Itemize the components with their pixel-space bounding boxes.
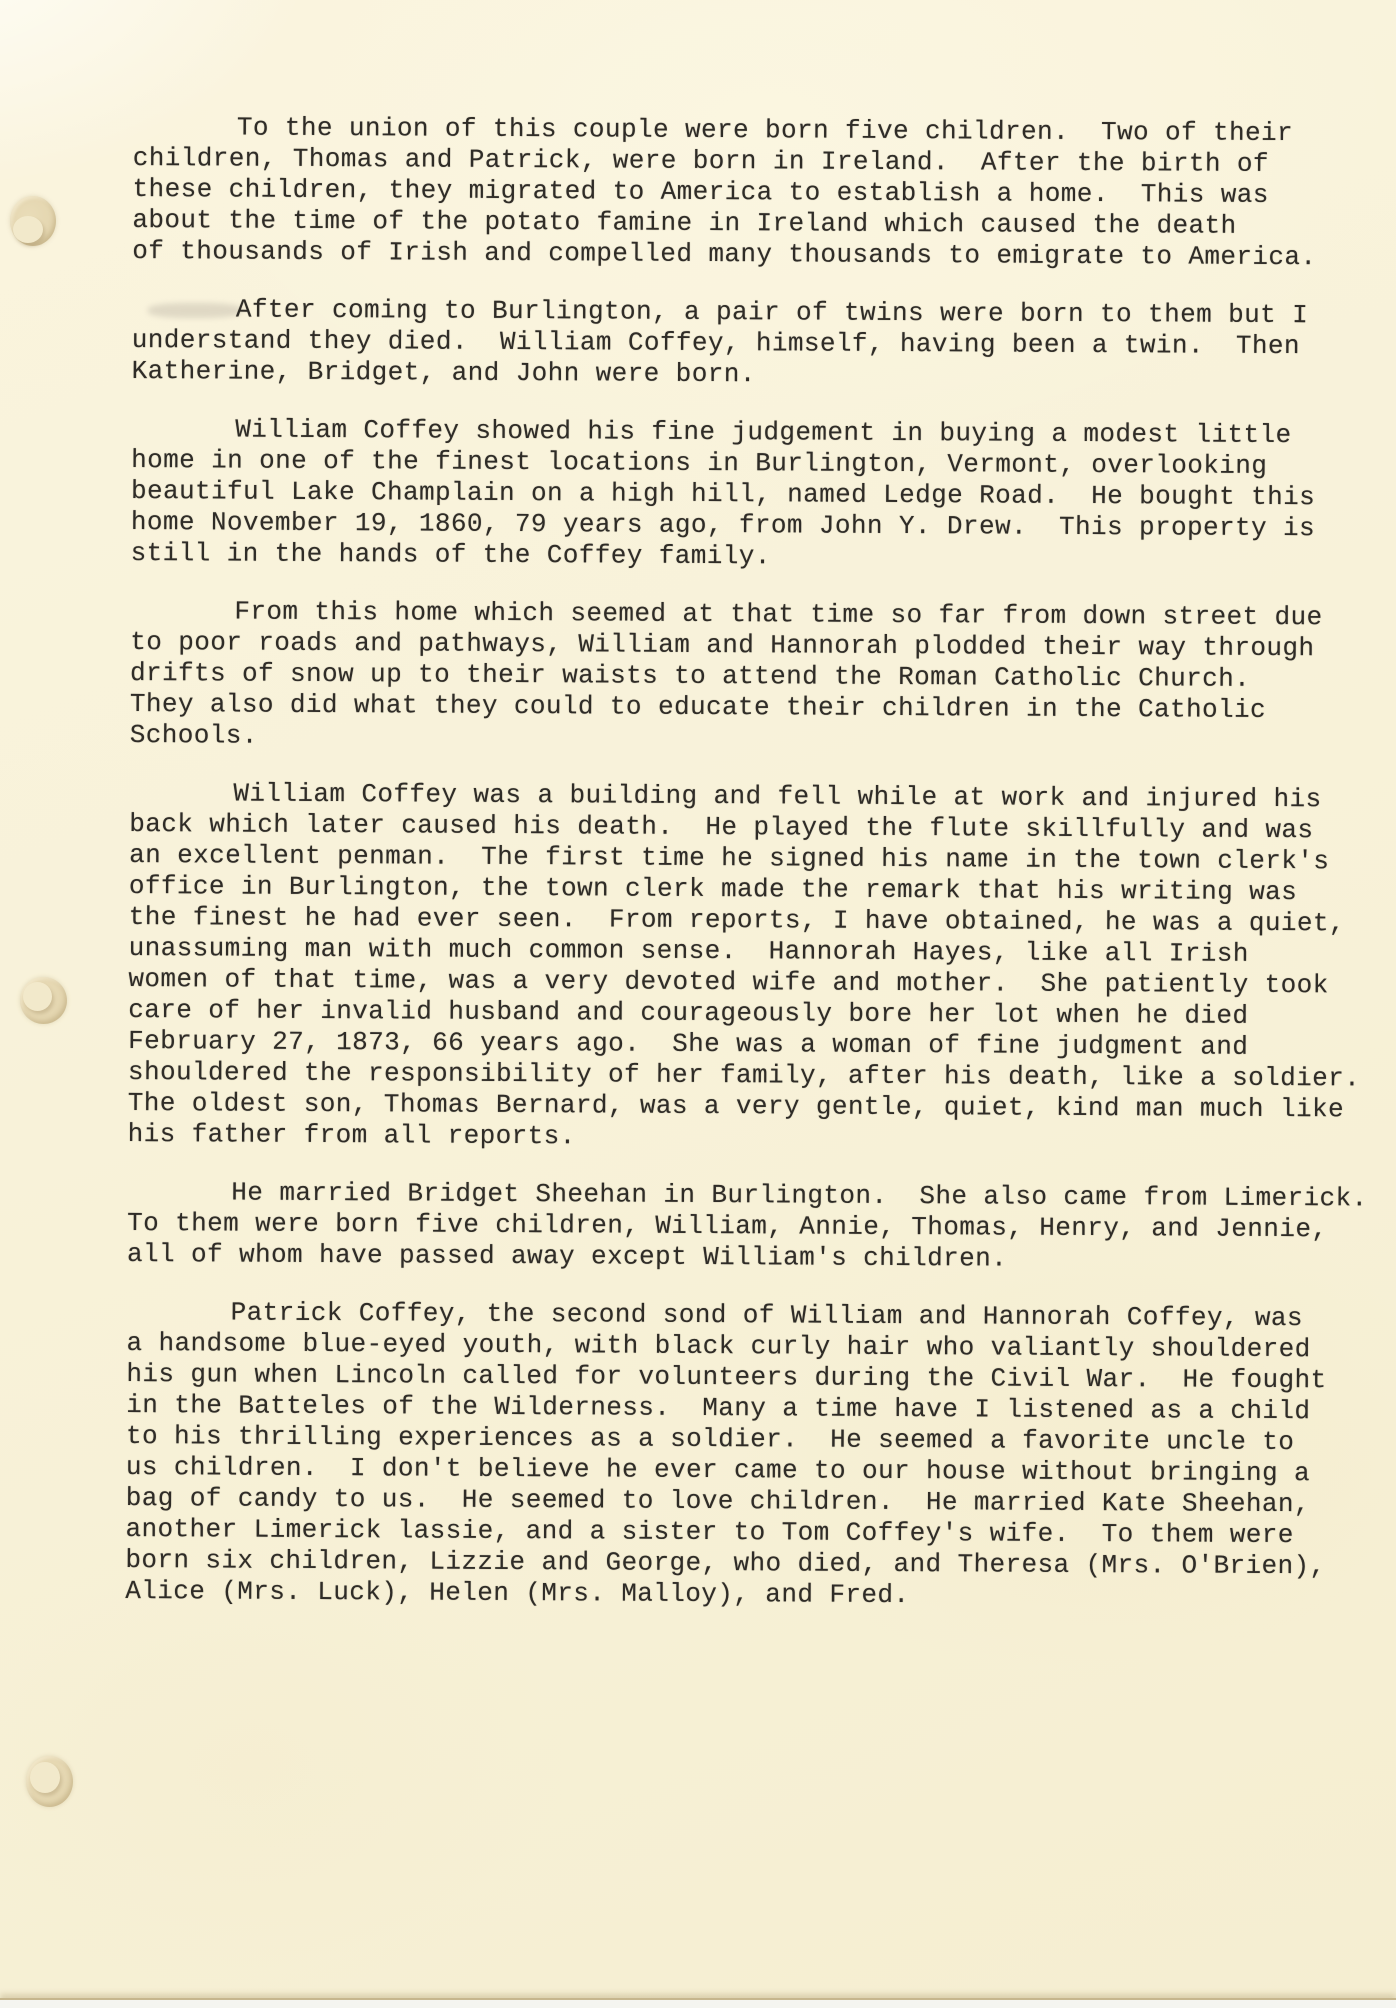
scan-edge (0, 1998, 1396, 2008)
punch-hole (26, 1756, 73, 1807)
paragraph-1: To the union of this couple were born fi… (132, 112, 1388, 274)
typewritten-text: To the union of this couple were born fi… (125, 112, 1388, 1641)
paragraph-3: William Coffey showed his fine judgement… (131, 414, 1387, 576)
paragraph-7: Patrick Coffey, the second sond of Willi… (125, 1297, 1382, 1614)
paragraph-2: After coming to Burlington, a pair of tw… (132, 294, 1387, 394)
paragraph-4: From this home which seemed at that time… (130, 596, 1386, 758)
punch-hole (10, 196, 56, 246)
paragraph-5: William Coffey was a building and fell w… (128, 778, 1385, 1157)
paragraph-6: He married Bridget Sheehan in Burlington… (127, 1177, 1382, 1277)
scanned-page: To the union of this couple were born fi… (0, 0, 1396, 2008)
punch-hole (20, 977, 67, 1024)
